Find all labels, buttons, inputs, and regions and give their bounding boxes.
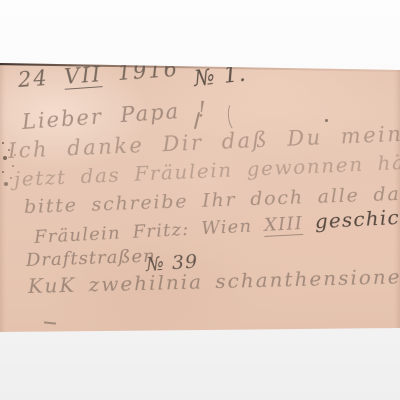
postcard: 24 VII 1916 № 1. Lieber Papa ! Ich danke… <box>0 0 400 400</box>
address-dark-word: geschickt <box>314 204 400 234</box>
date-month: VII <box>63 62 102 90</box>
photo-canvas: 24 VII 1916 № 1. Lieber Papa ! Ich danke… <box>0 0 400 400</box>
date-day: 24 <box>17 66 49 92</box>
district-number: XIII <box>264 213 304 237</box>
paper-speck <box>325 119 328 122</box>
date-year: 1916 <box>117 57 180 85</box>
postmark-speckles <box>2 142 4 144</box>
